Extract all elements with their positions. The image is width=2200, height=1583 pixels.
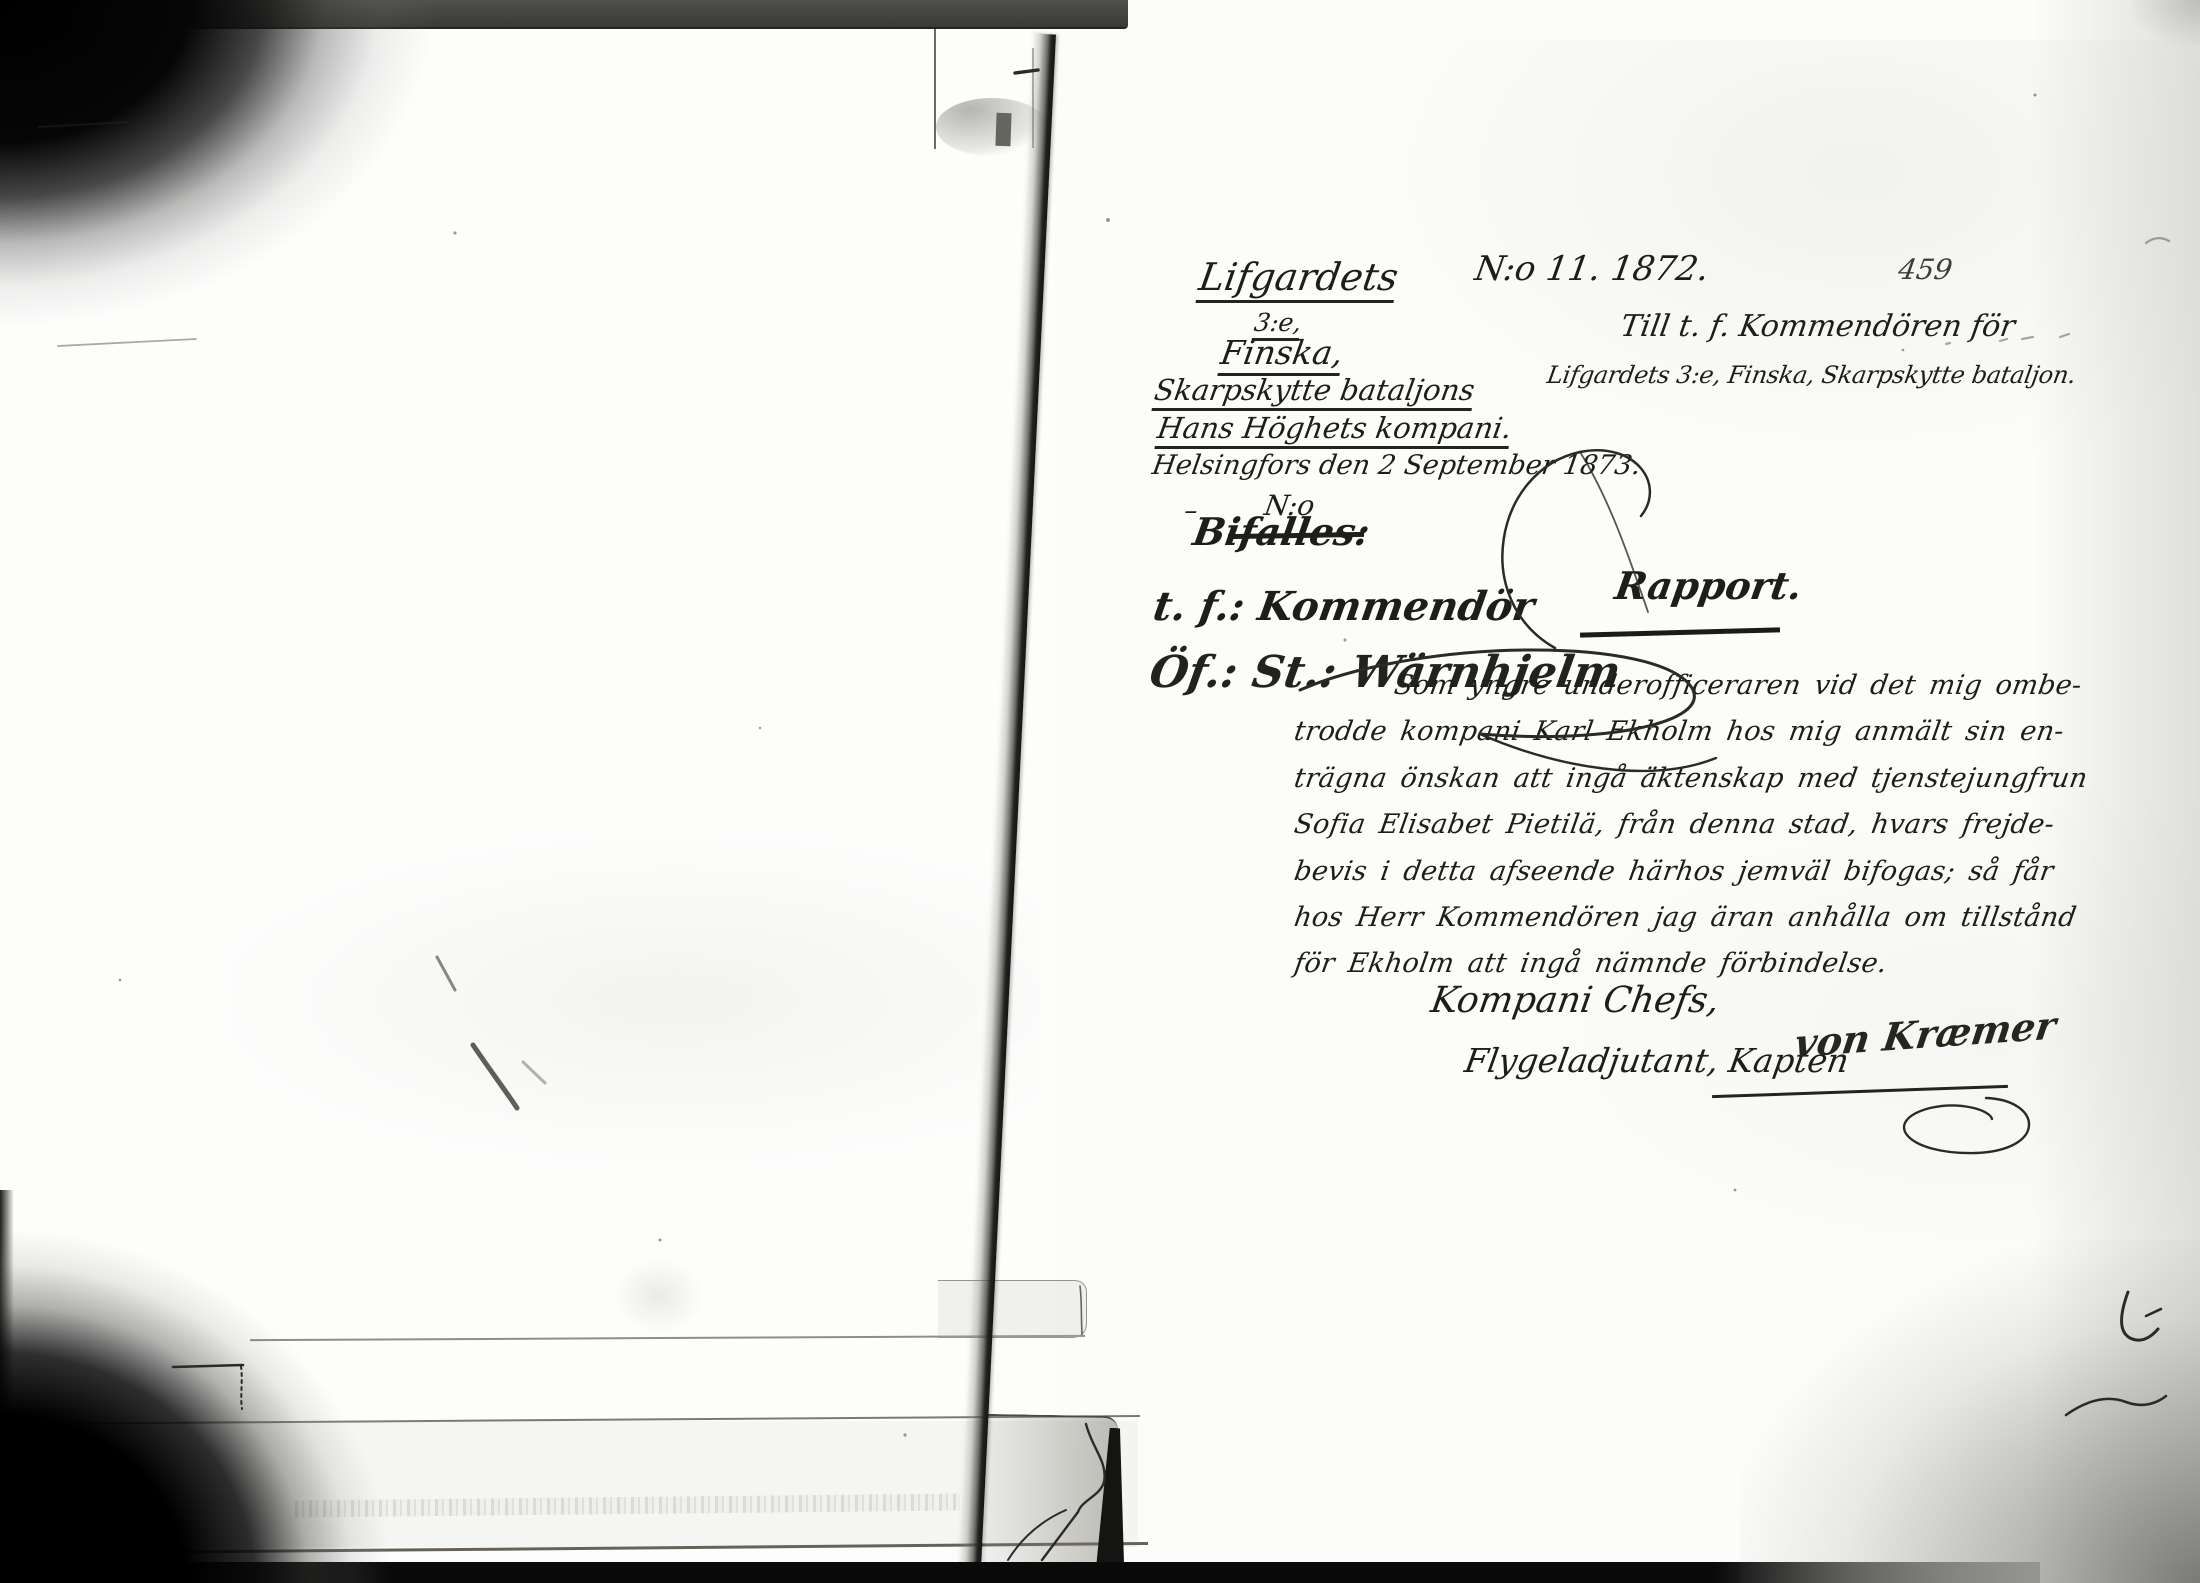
- letterhead-line-4-text: Skarpskytte bataljons: [1151, 373, 1477, 411]
- folio-number: 459: [1896, 254, 1955, 286]
- body-line-2: trodde kompani Karl Ekholm hos mig anmäl…: [1292, 716, 2066, 747]
- body-line-7: för Ekholm att ingå nämnde förbindelse.: [1292, 948, 1889, 979]
- letterhead-line-5: Hans Höghets kompani.: [1155, 412, 1514, 445]
- letterhead-line-4: Skarpskytte bataljons: [1152, 374, 1477, 407]
- approval-heading: Bifalles:: [1190, 510, 1373, 554]
- doc-number: N:o 11. 1872.: [1472, 250, 1712, 289]
- signature-role-line-1: Kompani Chefs,: [1428, 980, 1722, 1021]
- body-line-3: trägna önskan att ingå äktenskap med tje…: [1292, 763, 2090, 794]
- report-title: Rapport.: [1612, 564, 1805, 608]
- approval-line-1: t. f.: Kommendör: [1150, 584, 1537, 630]
- letterhead-date-text: Helsingfors den 2 September 1873.: [1150, 450, 1643, 481]
- scan-page-left: [0, 26, 1125, 1564]
- body-line-6: hos Herr Kommendören jag äran anhålla om…: [1292, 902, 2079, 933]
- body-line-5: bevis i detta afseende härhos jemväl bif…: [1292, 856, 2056, 887]
- letterhead-line-3: Finska,: [1218, 334, 1346, 372]
- letterhead-line-1-text: Lifgardets: [1195, 255, 1401, 303]
- body-line-4: Sofia Elisabet Pietilä, från denna stad,…: [1292, 809, 2057, 840]
- letterhead-line-1: Lifgardets: [1196, 256, 1401, 300]
- address-line-2: Lifgardets 3:e, Finska, Skarpskytte bata…: [1545, 362, 2078, 390]
- scanned-document: Lifgardets 3:e, Finska, Skarpskytte bata…: [0, 0, 2200, 1583]
- letterhead-line-3-text: Finska,: [1217, 333, 1346, 376]
- scan-bottom-bar: [0, 1562, 2040, 1583]
- body-line-1: Som yngre underofficeraren vid det mig o…: [1392, 670, 2084, 701]
- scan-top-bar: [0, 0, 1128, 29]
- letterhead-date-line: Helsingfors den 2 September 1873.: [1150, 450, 1643, 481]
- letterhead-line-5-text: Hans Höghets kompani.: [1154, 411, 1514, 449]
- address-line-1: Till t. f. Kommendören för: [1618, 310, 2017, 345]
